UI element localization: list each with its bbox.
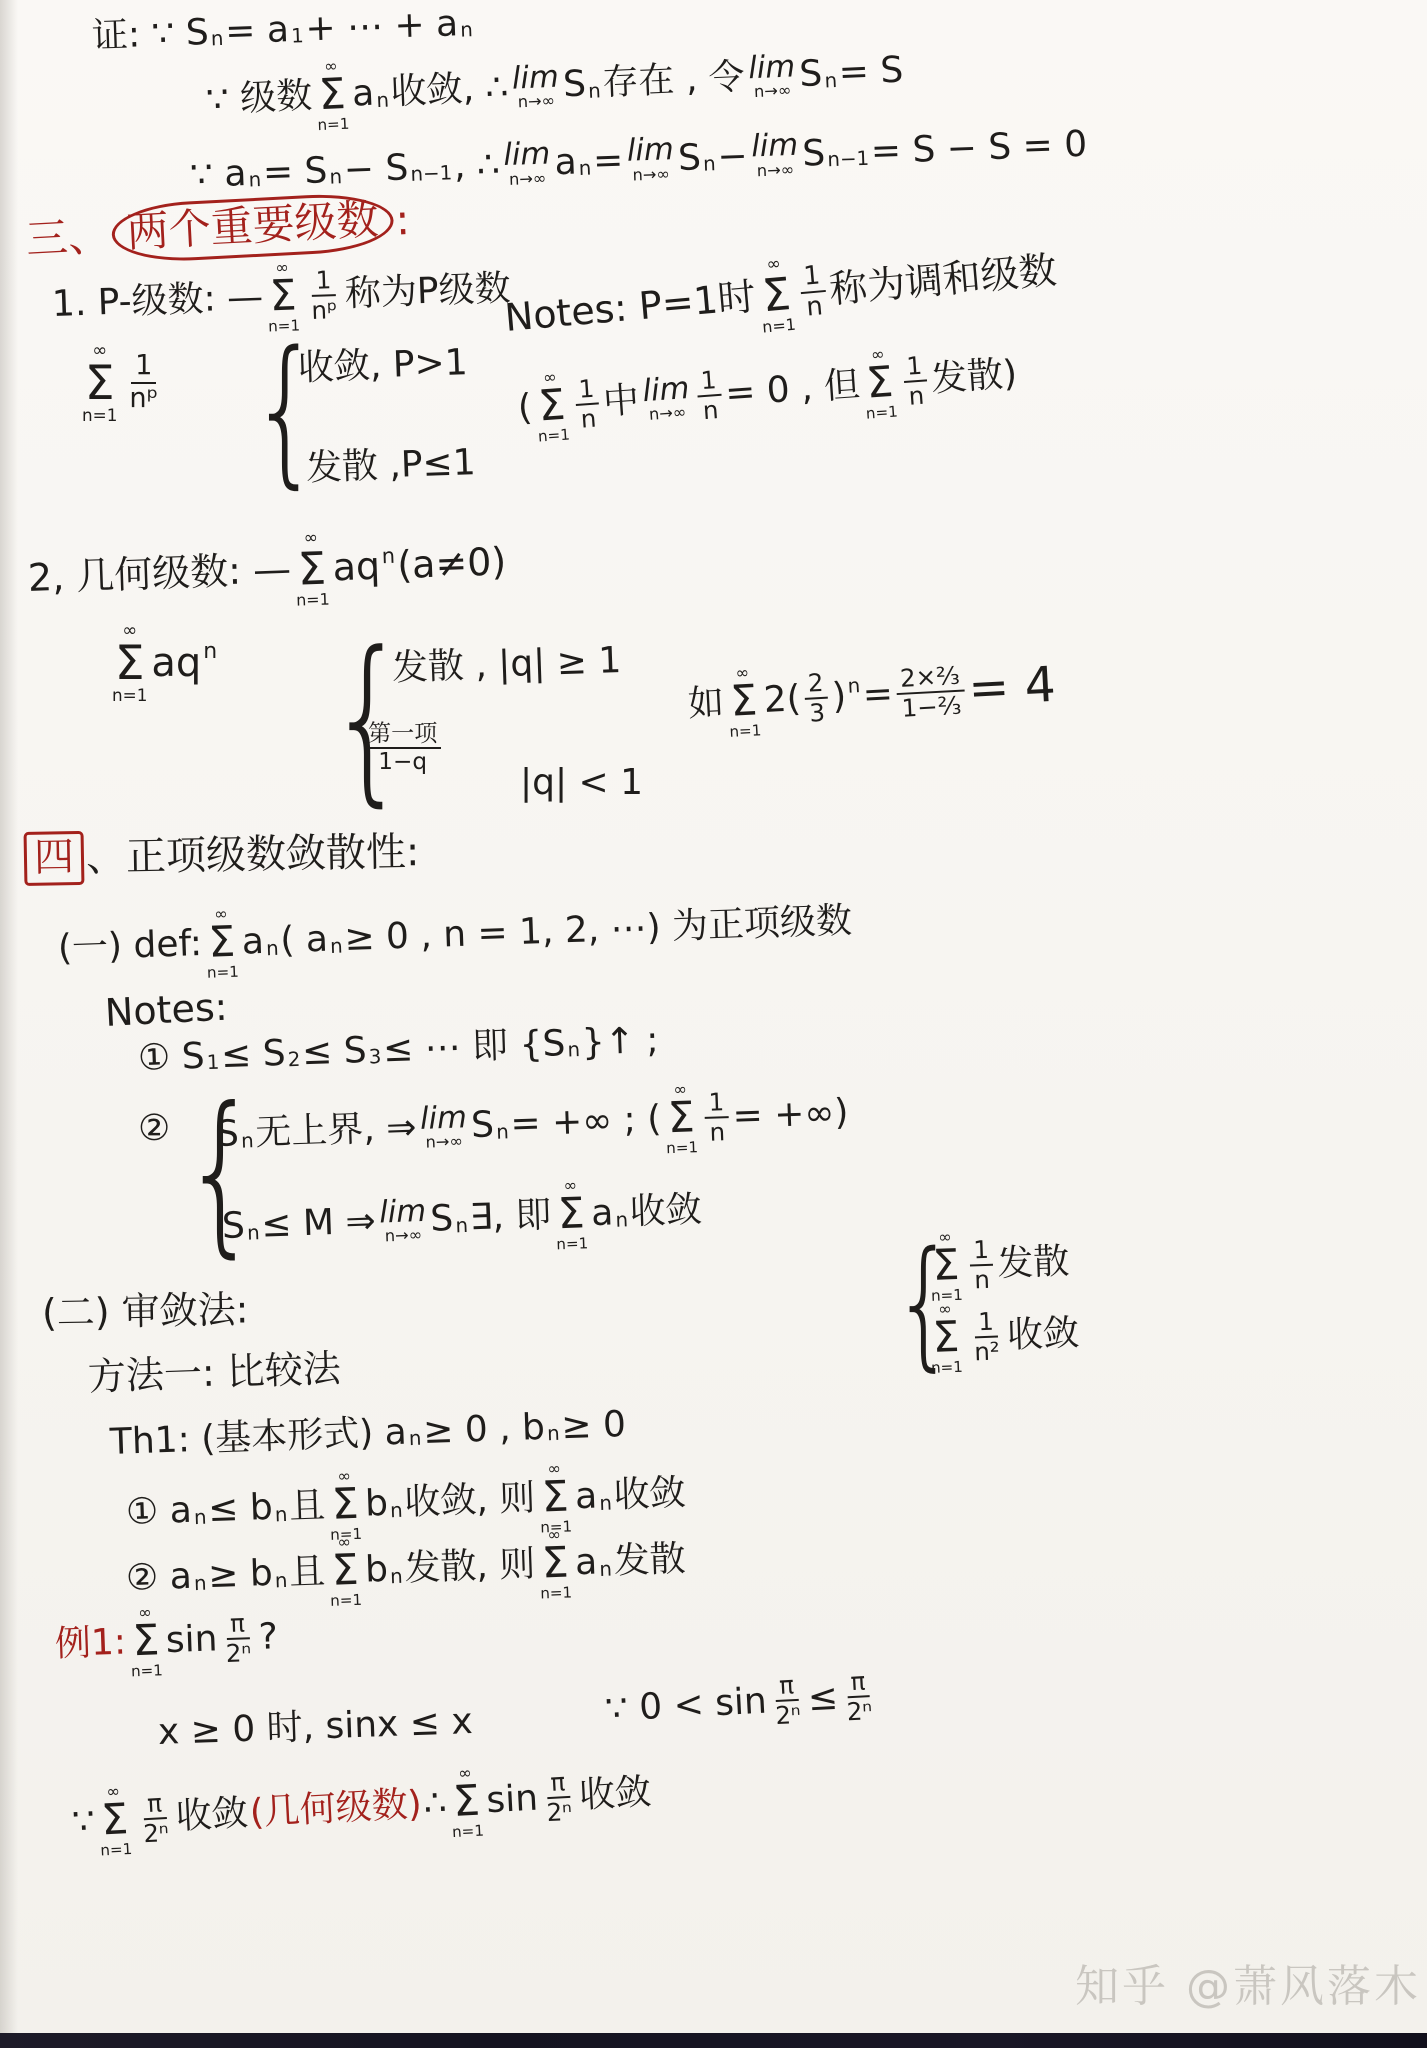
example-1: 例1: ∞Σn=1 sin π2ⁿ ? bbox=[54, 1600, 279, 1682]
geo-example: 如 ∞Σn=1 2( 23 )n = 2×⅔1−⅔ = 4 bbox=[686, 649, 1057, 742]
p-series-converge: 收敛, P>1 bbox=[297, 342, 468, 389]
example-1-conclusion: ∵ ∞Σn=1 π2ⁿ 收敛 (几何级数) ∴ ∞Σn=1 sin π2ⁿ 收敛 bbox=[70, 1756, 653, 1860]
notes-label: Notes: bbox=[104, 986, 229, 1036]
harmonic-note-2: ( ∞Σn=1 1n 中 limn→∞ 1n = 0 , 但 ∞Σn=1 1n … bbox=[515, 337, 1019, 446]
geo-series-sum: ∞Σn=1 aqn bbox=[110, 622, 217, 704]
geo-diverge: 发散 , |q| ≥ 1 bbox=[391, 640, 622, 689]
geo-first-term: 第一项1−q bbox=[362, 722, 443, 775]
side-p2-converge: ∞Σn=1 1n² 收敛 bbox=[927, 1297, 1081, 1376]
side-harmonic-diverge: ∞Σn=1 1n 发散 bbox=[927, 1225, 1071, 1304]
positive-series-def: (一) def: ∞Σn=1 an ( an ≥ 0 , n = 1, 2, ⋯… bbox=[57, 884, 854, 985]
proof-line-1: 证: ∵ Sn = a1 + ⋯ + an bbox=[91, 3, 473, 58]
p-series-sum: ∞Σn=1 1nᵖ bbox=[80, 342, 164, 424]
watermark: 知乎 @萧风落木 bbox=[1075, 1950, 1421, 2014]
th1: Th1: (基本形式) an ≥ 0 , bn ≥ 0 bbox=[109, 1404, 626, 1463]
section-4-heading: 四、正项级数敛散性: bbox=[24, 825, 420, 886]
geo-series-def: 2, 几何级数: — ∞Σn=1 aqn (a≠0) bbox=[27, 523, 508, 618]
method-1: 方法一: 比较法 bbox=[87, 1347, 341, 1399]
geo-q-lt-1: |q| < 1 bbox=[520, 762, 643, 803]
note-unbounded: Sn 无上界, ⇒ limn→∞ Sn = +∞ ; ( ∞Σn=1 1n = … bbox=[215, 1076, 850, 1172]
section-tests-heading: (二) 审敛法: bbox=[42, 1288, 249, 1335]
notes-page: 证: ∵ Sn = a1 + ⋯ + an∵ 级数 ∞Σn=1 an 收敛, ∴… bbox=[0, 0, 1427, 2048]
example-1-sinx: x ≥ 0 时, sinx ≤ x bbox=[157, 1701, 473, 1753]
example-1-bound: ∵ 0 < sin π2ⁿ ≤ π2ⁿ bbox=[604, 1668, 879, 1738]
note-bounded: Sn ≤ M ⇒ limn→∞ Sn ∃, 即 ∞Σn=1 an 收敛 bbox=[221, 1173, 703, 1264]
p-series-diverge: 发散 ,P≤1 bbox=[305, 442, 476, 489]
photo-bottom-edge bbox=[0, 2033, 1427, 2048]
note-2-label: ② bbox=[138, 1108, 170, 1149]
